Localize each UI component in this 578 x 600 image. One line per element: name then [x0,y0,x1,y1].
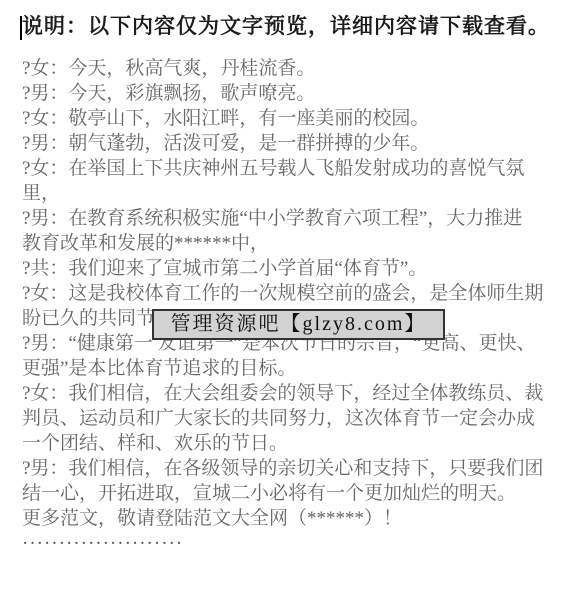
ellipsis-line: ······················ [22,531,543,556]
text-line: 更强”是本比体育节追求的目标。 [22,356,543,381]
text-line: 更多范文，敬请登陆范文大全网（******）！ [22,506,543,531]
text-line: 一个团结、样和、欢乐的节日。 [22,431,543,456]
document-preview-page: 说明：以下内容仅为文字预览，详细内容请下载查看。 ?女：今天，秋高气爽，丹桂流香… [0,0,578,600]
text-line: 里， [22,181,543,206]
text-line: 教育改革和发展的******中， [22,231,543,256]
text-line: 结一心，开拓进取，宣城二小必将有一个更加灿烂的明天。 [22,481,543,506]
watermark-label: 管理资源吧【glzy8.com】 [171,311,427,338]
text-line: ?男：我们相信，在各级领导的亲切关心和支持下，只要我们团 [22,456,543,481]
text-line: ?女：今天，秋高气爽，丹桂流香。 [22,56,543,81]
text-line: ?女：这是我校体育工作的一次规模空前的盛会，是全体师生期 [22,281,543,306]
text-line: ?共：我们迎来了宣城市第二小学首届“体育节”。 [22,256,543,281]
text-line: ?女：我们相信，在大会组委会的领导下，经过全体教练员、裁 [22,381,543,406]
text-line: ?男：朝气蓬勃，活泼可爱，是一群拼搏的少年。 [22,131,543,156]
text-line: ?男：在教育系统积极实施“中小学教育六项工程”，大力推进 [22,206,543,231]
watermark-box: 管理资源吧【glzy8.com】 [152,309,445,340]
text-line: ?男：今天，彩旗飘扬，歌声嘹亮。 [22,81,543,106]
text-line: ?女：敬亭山下，水阳江畔，有一座美丽的校园。 [22,106,543,131]
document-text: ?女：今天，秋高气爽，丹桂流香。 ?男：今天，彩旗飘扬，歌声嘹亮。 ?女：敬亭山… [22,56,543,556]
preview-notice-header: 说明：以下内容仅为文字预览，详细内容请下载查看。 [22,14,550,40]
text-line: 判员、运动员和广大家长的共同努力，这次体育节一定会办成 [22,406,543,431]
text-line: ?女：在举国上下共庆神州五号载人飞船发射成功的喜悦气氛 [22,156,543,181]
